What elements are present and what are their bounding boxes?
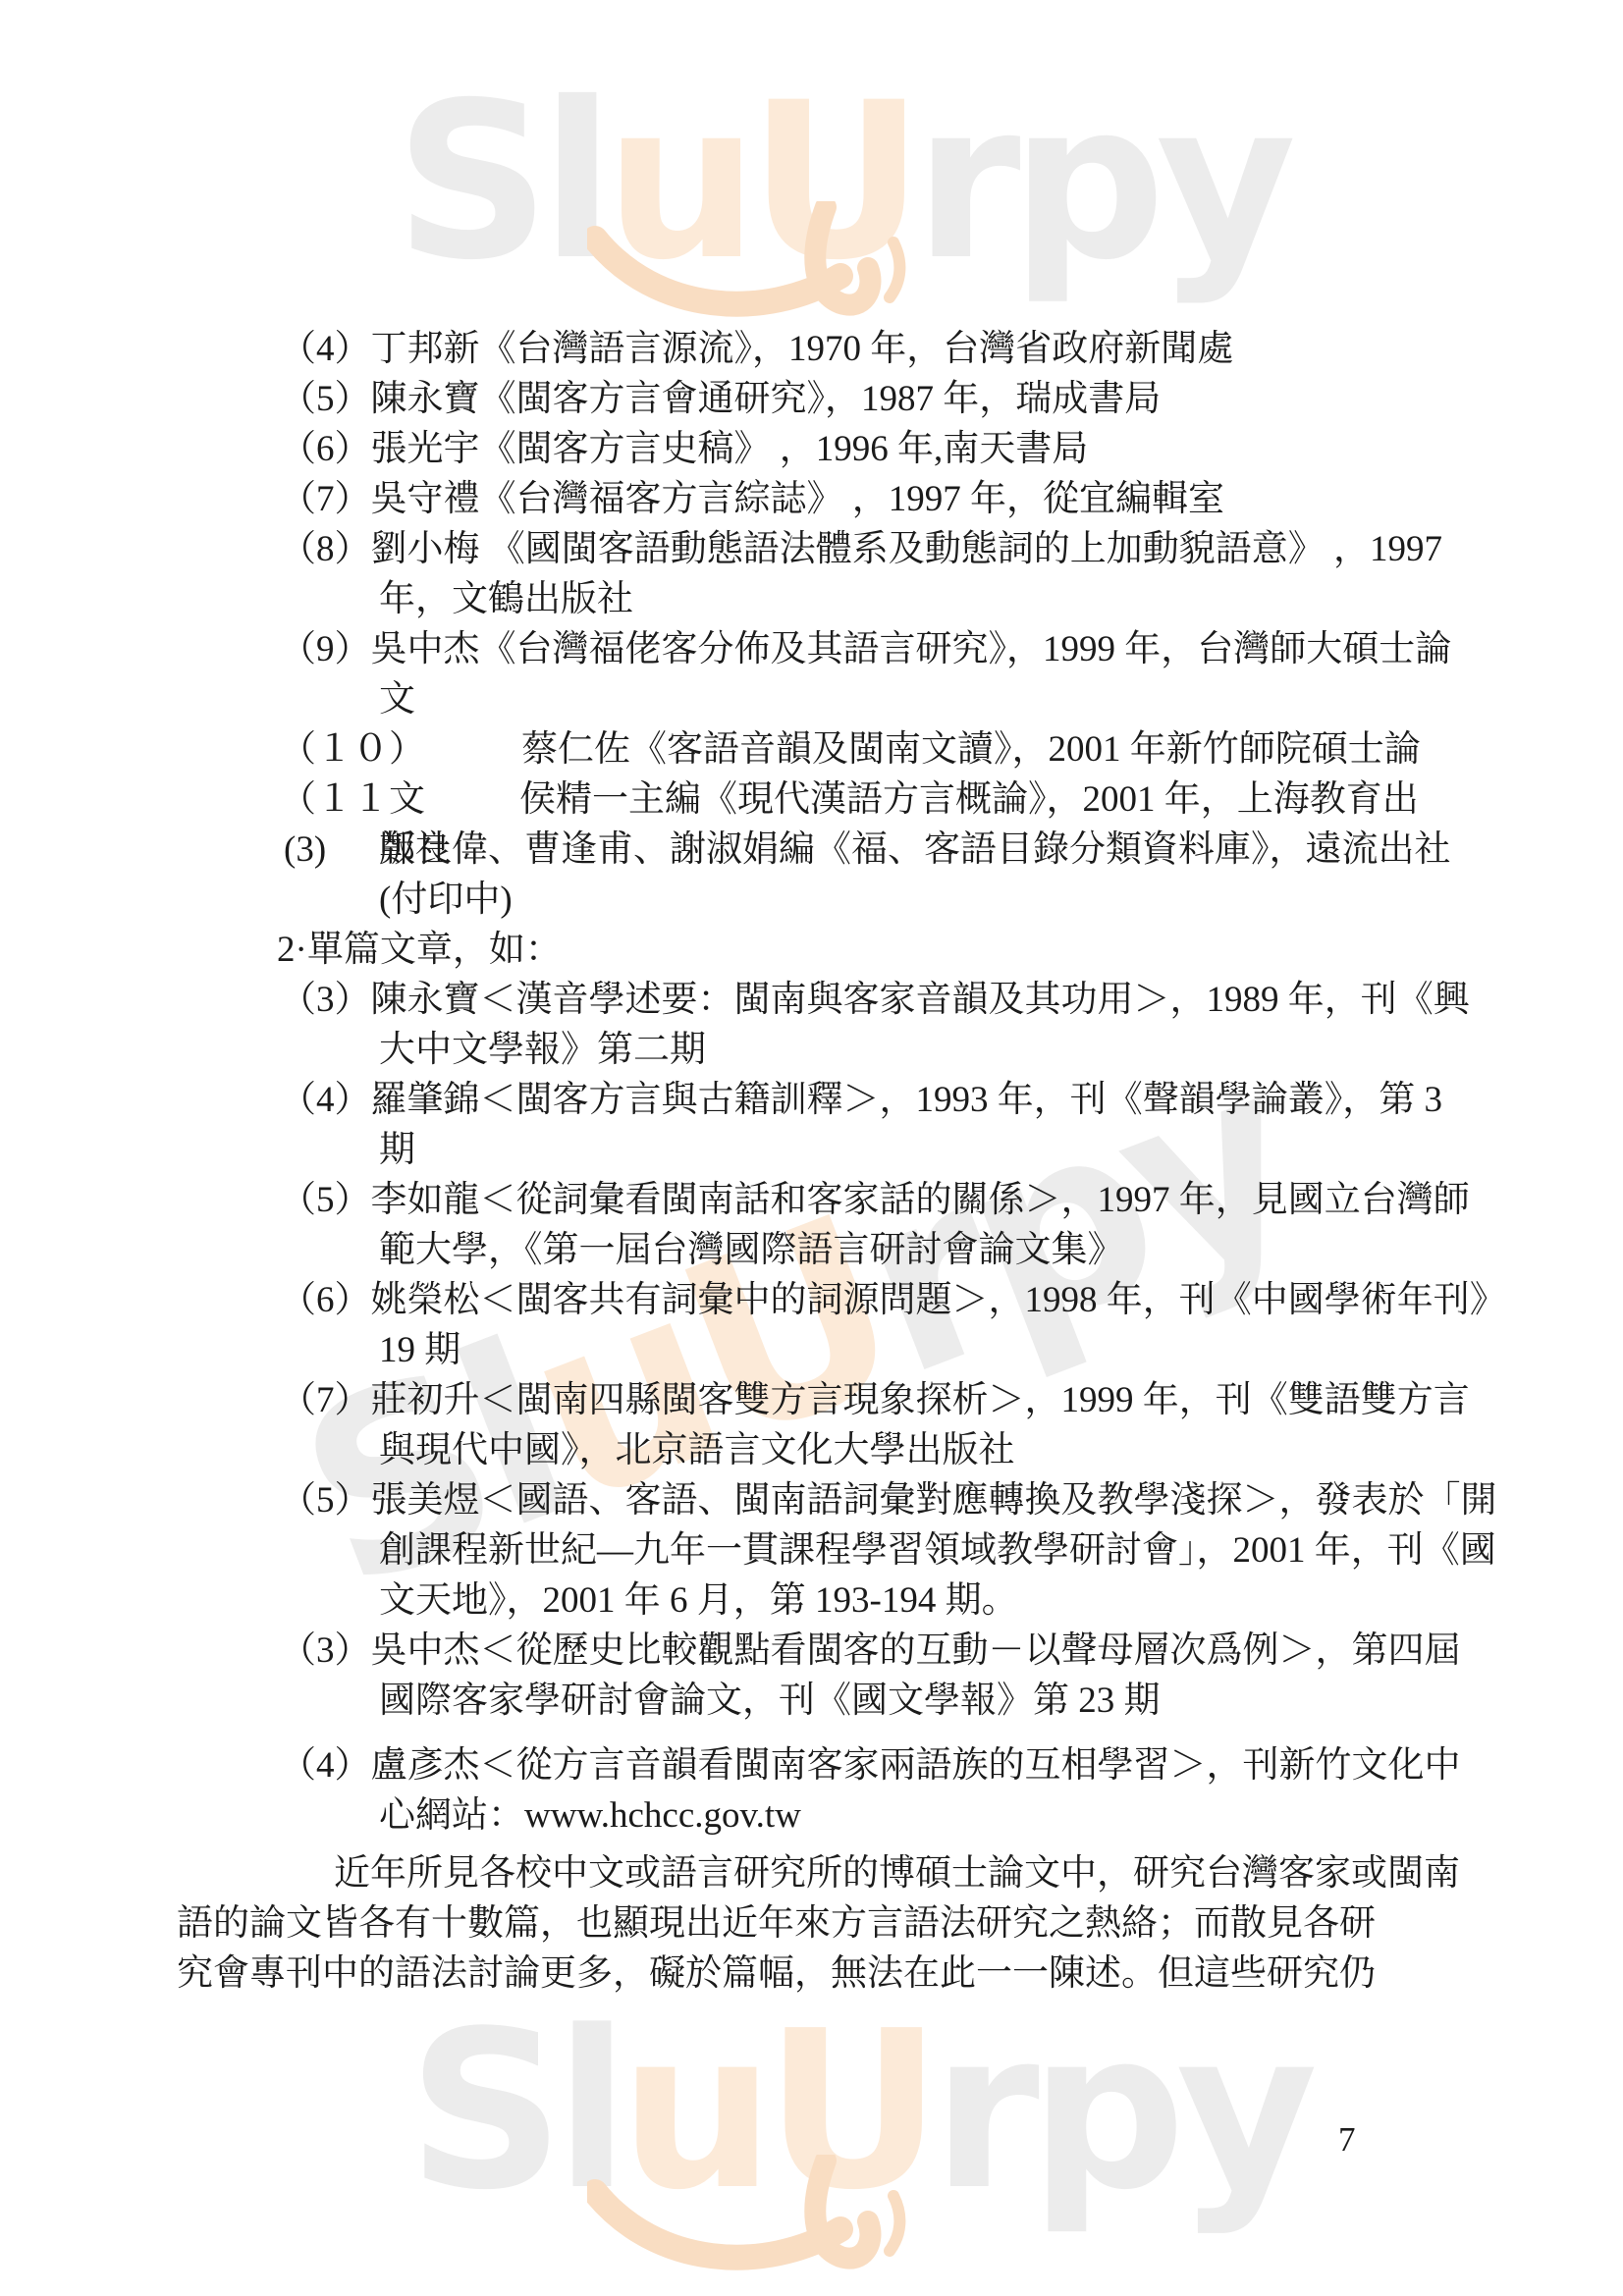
- text-segment: 文天地》，2001 年 6 月，第 193-194 期。: [379, 1575, 1018, 1626]
- text-segment: （7）吳守禮《台灣福客方言綜誌》 ，1997 年，從宜編輯室: [280, 474, 1224, 524]
- text-segment: 心網站：www.hchcc.gov.tw: [379, 1790, 801, 1841]
- text-line: （5）陳永寶《閩客方言會通研究》，1987 年，瑞成書局: [177, 374, 1473, 424]
- text-segment: （１０）: [280, 724, 425, 774]
- text-line: （3）吳中杰＜從歷史比較觀點看閩客的互動－以聲母層次爲例＞，第四屆: [177, 1626, 1473, 1676]
- text-line: （8）劉小梅 《國閩客語動態語法體系及動態詞的上加動貌語意》 ，1997: [177, 524, 1473, 574]
- text-line: 究會專刊中的語法討論更多，礙於篇幅，無法在此一一陳述。但這些研究仍: [177, 1949, 1473, 1999]
- text-line: （6）姚榮松＜閩客共有詞彙中的詞源問題＞，1998 年，刊《中國學術年刊》: [177, 1275, 1473, 1325]
- text-line: 2·單篇文章，如：: [177, 925, 1473, 975]
- text-segment: 大中文學報》第二期: [379, 1025, 706, 1075]
- text-segment: 範大學，《第一屆台灣國際語言研討會論文集》: [379, 1225, 1124, 1275]
- text-line: （7）吳守禮《台灣福客方言綜誌》 ，1997 年，從宜編輯室: [177, 474, 1473, 524]
- text-line: （4）丁邦新《台灣語言源流》，1970 年，台灣省政府新聞處: [177, 324, 1473, 374]
- text-line: （5）張美煜＜國語、客語、閩南語詞彙對應轉換及教學淺探＞，發表於「開: [177, 1475, 1473, 1525]
- text-segment: （5）李如龍＜從詞彙看閩南話和客家話的關係＞，1997 年，見國立台灣師: [280, 1175, 1470, 1225]
- text-segment: (3): [284, 825, 326, 875]
- text-segment: （9）吳中杰《台灣福佬客分佈及其語言研究》，1999 年，台灣師大碩士論: [280, 624, 1451, 674]
- text-segment: （4）丁邦新《台灣語言源流》，1970 年，台灣省政府新聞處: [280, 324, 1233, 374]
- text-line: 近年所見各校中文或語言研究所的博碩士論文中，研究台灣客家或閩南: [177, 1848, 1473, 1898]
- text-line: 創課程新世紀—九年一貫課程學習領域教學研討會」，2001 年，刊《國: [177, 1525, 1473, 1575]
- text-line: 期: [177, 1125, 1473, 1175]
- text-segment: 近年所見各校中文或語言研究所的博碩士論文中，研究台灣客家或閩南: [334, 1848, 1460, 1898]
- text-line: （5）李如龍＜從詞彙看閩南話和客家話的關係＞，1997 年，見國立台灣師: [177, 1175, 1473, 1225]
- text-line: 國際客家學研討會論文，刊《國文學報》第 23 期: [177, 1676, 1473, 1726]
- text-segment: （8）劉小梅 《國閩客語動態語法體系及動態詞的上加動貌語意》 ，1997: [280, 524, 1442, 574]
- text-segment: 期: [379, 1125, 415, 1175]
- tongue-swoosh-icon: [587, 201, 926, 329]
- text-segment: （5）張美煜＜國語、客語、閩南語詞彙對應轉換及教學淺探＞，發表於「開: [280, 1475, 1497, 1525]
- text-line: 年，文鶴出版社: [177, 574, 1473, 624]
- text-segment: (付印中): [379, 875, 513, 925]
- document-body: （4）丁邦新《台灣語言源流》，1970 年，台灣省政府新聞處（5）陳永寶《閩客方…: [177, 324, 1473, 1999]
- text-segment: （6）張光宇《閩客方言史稿》 ，1996 年,南天書局: [280, 424, 1088, 474]
- text-segment: 究會專刊中的語法討論更多，礙於篇幅，無法在此一一陳述。但這些研究仍: [177, 1949, 1376, 1999]
- text-line: （7）莊初升＜閩南四縣閩客雙方言現象探析＞，1999 年，刊《雙語雙方言: [177, 1375, 1473, 1425]
- text-line: 大中文學報》第二期: [177, 1025, 1473, 1075]
- watermark-top: SluUrpy: [395, 74, 1287, 290]
- watermark-text-gray: Sl: [407, 1985, 620, 2238]
- text-line: 心網站：www.hchcc.gov.tw: [177, 1790, 1473, 1841]
- text-line: 與現代中國》，北京語言文化大學出版社: [177, 1425, 1473, 1475]
- watermark-text-orange: uU: [620, 1985, 932, 2238]
- text-segment: 國際客家學研討會論文，刊《國文學報》第 23 期: [379, 1676, 1161, 1726]
- watermark-text-gray: Sl: [395, 56, 605, 307]
- text-line: 語的論文皆各有十數篇，也顯現出近年來方言語法研究之熱絡；而散見各研: [177, 1898, 1473, 1949]
- text-segment: （１１文: [280, 774, 425, 825]
- watermark-text-gray: rpy: [932, 1985, 1308, 2238]
- text-segment: 與現代中國》，北京語言文化大學出版社: [379, 1425, 1015, 1475]
- watermark-bottom: SluUrpy: [407, 2002, 1308, 2220]
- text-segment: 創課程新世紀—九年一貫課程學習領域教學研討會」，2001 年，刊《國: [379, 1525, 1496, 1575]
- text-segment: 19 期: [379, 1325, 460, 1375]
- text-line: 文天地》，2001 年 6 月，第 193-194 期。: [177, 1575, 1473, 1626]
- text-line: (付印中): [177, 875, 1473, 925]
- text-line: （9）吳中杰《台灣福佬客分佈及其語言研究》，1999 年，台灣師大碩士論: [177, 624, 1473, 674]
- text-line: （4）羅肇錦＜閩客方言與古籍訓釋＞，1993 年，刊《聲韻學論叢》，第 3: [177, 1075, 1473, 1125]
- text-line: （１０）蔡仁佐《客語音韻及閩南文讀》，2001 年新竹師院碩士論: [177, 724, 1473, 774]
- text-segment: 語的論文皆各有十數篇，也顯現出近年來方言語法研究之熱絡；而散見各研: [177, 1898, 1376, 1949]
- watermark-text-gray: rpy: [914, 56, 1286, 307]
- text-line: （6）張光宇《閩客方言史稿》 ，1996 年,南天書局: [177, 424, 1473, 474]
- text-segment: （3）陳永寶＜漢音學述要：閩南與客家音韻及其功用＞，1989 年，刊《興: [280, 975, 1470, 1025]
- text-segment: 文: [379, 674, 415, 724]
- text-segment: （4）羅肇錦＜閩客方言與古籍訓釋＞，1993 年，刊《聲韻學論叢》，第 3: [280, 1075, 1442, 1125]
- text-line: （4）盧彥杰＜從方言音韻看閩南客家兩語族的互相學習＞，刊新竹文化中: [177, 1740, 1473, 1790]
- text-line: （3）陳永寶＜漢音學述要：閩南與客家音韻及其功用＞，1989 年，刊《興: [177, 975, 1473, 1025]
- tongue-swoosh-icon: [587, 2155, 926, 2282]
- text-segment: 2·單篇文章，如：: [277, 925, 562, 975]
- text-line: （１１文侯精一主編《現代漢語方言概論》，2001 年，上海教育出: [177, 774, 1473, 825]
- watermark-text-orange: uU: [605, 56, 914, 307]
- text-segment: （4）盧彥杰＜從方言音韻看閩南客家兩語族的互相學習＞，刊新竹文化中: [280, 1740, 1461, 1790]
- text-segment: 鄭良偉、曹逢甫、謝淑娟編《福、客語目錄分類資料庫》，遠流出社: [379, 825, 1451, 875]
- text-segment: （6）姚榮松＜閩客共有詞彙中的詞源問題＞，1998 年，刊《中國學術年刊》: [280, 1275, 1506, 1325]
- text-line: (3)版社鄭良偉、曹逢甫、謝淑娟編《福、客語目錄分類資料庫》，遠流出社: [177, 825, 1473, 875]
- text-segment: （3）吳中杰＜從歷史比較觀點看閩客的互動－以聲母層次爲例＞，第四屆: [280, 1626, 1461, 1676]
- text-segment: 年，文鶴出版社: [379, 574, 633, 624]
- text-line: 19 期: [177, 1325, 1473, 1375]
- text-segment: （5）陳永寶《閩客方言會通研究》，1987 年，瑞成書局: [280, 374, 1161, 424]
- page-number: 7: [1338, 2120, 1356, 2160]
- text-segment: 侯精一主編《現代漢語方言概論》，2001 年，上海教育出: [519, 774, 1419, 825]
- text-line: 文: [177, 674, 1473, 724]
- text-segment: 蔡仁佐《客語音韻及閩南文讀》，2001 年新竹師院碩士論: [521, 724, 1421, 774]
- document-page: { "page": { "number": "7" }, "theme": { …: [0, 0, 1623, 2296]
- text-segment: （7）莊初升＜閩南四縣閩客雙方言現象探析＞，1999 年，刊《雙語雙方言: [280, 1375, 1470, 1425]
- text-line: 範大學，《第一屆台灣國際語言研討會論文集》: [177, 1225, 1473, 1275]
